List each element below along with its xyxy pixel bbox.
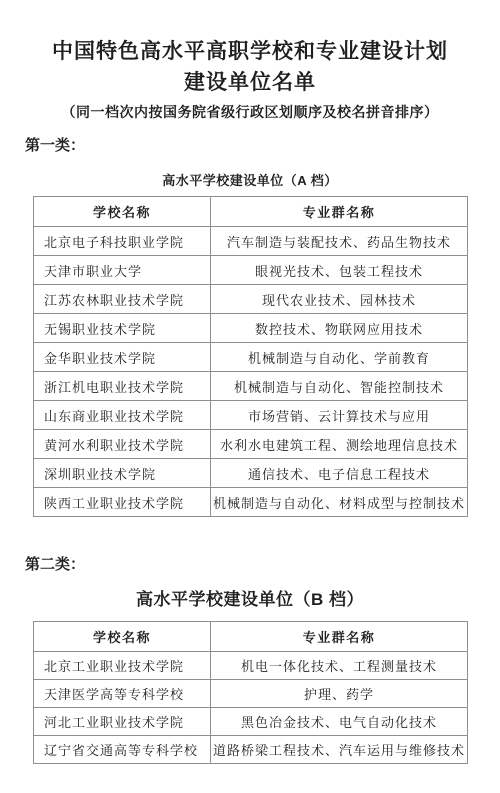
table-row: 天津医学高等专科学校护理、药学	[34, 680, 468, 708]
program-group-cell: 机械制造与自动化、材料成型与控制技术	[211, 488, 468, 517]
column-header-program-group: 专业群名称	[211, 622, 468, 652]
document-subtitle: （同一档次内按国务院省级行政区划顺序及校名拼音排序）	[0, 103, 500, 123]
table-row: 金华职业技术学院机械制造与自动化、学前教育	[34, 343, 468, 372]
program-group-cell: 道路桥梁工程技术、汽车运用与维修技术	[211, 736, 468, 764]
program-group-cell: 数控技术、物联网应用技术	[211, 314, 468, 343]
school-name-cell: 浙江机电职业技术学院	[34, 372, 211, 401]
table-row: 浙江机电职业技术学院机械制造与自动化、智能控制技术	[34, 372, 468, 401]
school-name-cell: 辽宁省交通高等专科学校	[34, 736, 211, 764]
program-group-cell: 眼视光技术、包装工程技术	[211, 256, 468, 285]
school-name-cell: 河北工业职业技术学院	[34, 708, 211, 736]
school-name-cell: 天津医学高等专科学校	[34, 680, 211, 708]
program-group-cell: 机电一体化技术、工程测量技术	[211, 652, 468, 680]
school-name-cell: 天津市职业大学	[34, 256, 211, 285]
table-row: 江苏农林职业技术学院现代农业技术、园林技术	[34, 285, 468, 314]
column-header-program-group: 专业群名称	[211, 197, 468, 227]
school-name-cell: 山东商业职业技术学院	[34, 401, 211, 430]
table-b-header: 学校名称 专业群名称	[34, 622, 468, 652]
program-group-cell: 水利水电建筑工程、测绘地理信息技术	[211, 430, 468, 459]
document-title-line1: 中国特色高水平高职学校和专业建设计划	[0, 36, 500, 67]
table-a-header: 学校名称 专业群名称	[34, 197, 468, 227]
program-group-cell: 现代农业技术、园林技术	[211, 285, 468, 314]
program-group-cell: 通信技术、电子信息工程技术	[211, 459, 468, 488]
table-a-body: 北京电子科技职业学院汽车制造与装配技术、药品生物技术天津市职业大学眼视光技术、包…	[34, 227, 468, 517]
program-group-cell: 机械制造与自动化、学前教育	[211, 343, 468, 372]
table-row: 北京电子科技职业学院汽车制造与装配技术、药品生物技术	[34, 227, 468, 256]
program-group-cell: 机械制造与自动化、智能控制技术	[211, 372, 468, 401]
category-label-1: 第一类：	[25, 136, 500, 156]
table-b-schools: 学校名称 专业群名称 北京工业职业技术学院机电一体化技术、工程测量技术天津医学高…	[33, 621, 468, 764]
table-row: 山东商业职业技术学院市场营销、云计算技术与应用	[34, 401, 468, 430]
school-name-cell: 北京电子科技职业学院	[34, 227, 211, 256]
column-header-school-name: 学校名称	[34, 622, 211, 652]
table-row: 无锡职业技术学院数控技术、物联网应用技术	[34, 314, 468, 343]
category-label-2: 第二类：	[25, 555, 500, 575]
table-row: 辽宁省交通高等专科学校道路桥梁工程技术、汽车运用与维修技术	[34, 736, 468, 764]
school-name-cell: 金华职业技术学院	[34, 343, 211, 372]
column-header-school-name: 学校名称	[34, 197, 211, 227]
table-title-b: 高水平学校建设单位（B 档）	[0, 588, 500, 612]
program-group-cell: 汽车制造与装配技术、药品生物技术	[211, 227, 468, 256]
school-name-cell: 深圳职业技术学院	[34, 459, 211, 488]
table-row: 黄河水利职业技术学院水利水电建筑工程、测绘地理信息技术	[34, 430, 468, 459]
table-row: 陕西工业职业技术学院机械制造与自动化、材料成型与控制技术	[34, 488, 468, 517]
school-name-cell: 北京工业职业技术学院	[34, 652, 211, 680]
document-title-line2: 建设单位名单	[0, 67, 500, 98]
school-name-cell: 江苏农林职业技术学院	[34, 285, 211, 314]
table-title-a: 高水平学校建设单位（A 档）	[0, 172, 500, 190]
table-row: 河北工业职业技术学院黑色冶金技术、电气自动化技术	[34, 708, 468, 736]
table-header-row: 学校名称 专业群名称	[34, 197, 468, 227]
table-a-schools: 学校名称 专业群名称 北京电子科技职业学院汽车制造与装配技术、药品生物技术天津市…	[33, 196, 468, 517]
program-group-cell: 市场营销、云计算技术与应用	[211, 401, 468, 430]
school-name-cell: 陕西工业职业技术学院	[34, 488, 211, 517]
table-b-body: 北京工业职业技术学院机电一体化技术、工程测量技术天津医学高等专科学校护理、药学河…	[34, 652, 468, 764]
document-title: 中国特色高水平高职学校和专业建设计划 建设单位名单	[0, 36, 500, 98]
school-name-cell: 无锡职业技术学院	[34, 314, 211, 343]
document-page: 中国特色高水平高职学校和专业建设计划 建设单位名单 （同一档次内按国务院省级行政…	[0, 0, 500, 793]
table-header-row: 学校名称 专业群名称	[34, 622, 468, 652]
table-row: 深圳职业技术学院通信技术、电子信息工程技术	[34, 459, 468, 488]
table-row: 天津市职业大学眼视光技术、包装工程技术	[34, 256, 468, 285]
program-group-cell: 黑色冶金技术、电气自动化技术	[211, 708, 468, 736]
program-group-cell: 护理、药学	[211, 680, 468, 708]
table-row: 北京工业职业技术学院机电一体化技术、工程测量技术	[34, 652, 468, 680]
school-name-cell: 黄河水利职业技术学院	[34, 430, 211, 459]
